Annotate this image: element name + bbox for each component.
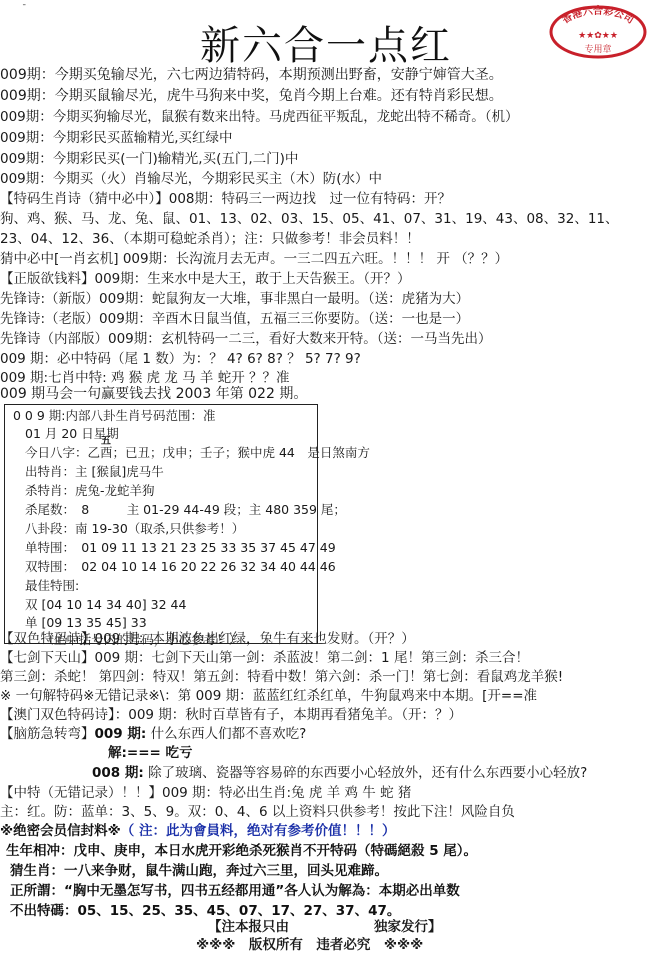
- svg-text:香港六合彩公司: 香港六合彩公司: [560, 4, 637, 26]
- page-title: 新六合一点红: [200, 14, 452, 71]
- member-line: 猜生肖：一八来争财，鼠牛满山跑，奔过六三里，回头见难蹄。: [10, 862, 388, 881]
- riddle-question: 什么东西人们都不喜欢吃?: [151, 726, 307, 742]
- text-line: 009期：今期买鼠输尽光，虎牛马狗来中奖，兔肖今期上台难。还有特肖彩民想。: [0, 87, 503, 106]
- box-line: 双特围： 02 04 10 14 16 20 22 26 32 34 40 44…: [25, 558, 336, 577]
- text-line: 【澳门双色特码诗】：009 期：秋时百草皆有子，本期再看猪兔羊。（开：？）: [0, 706, 462, 725]
- member-line: 正所謂：“胸中无墨怎写书，四书五经都用通”各人认为解為：本期必出单数: [10, 882, 460, 901]
- corner-mark: ˉ: [22, 4, 27, 14]
- box-line: 双 [04 10 14 34 40] 32 44: [25, 596, 186, 615]
- text-line: 009 期马会一句赢要钱去找 2003 年第 022 期。: [0, 385, 307, 404]
- text-line: 009期：今期买兔输尽光，六七两边猜特码，本期预测出野畜，安静宁婶管大圣。: [0, 66, 503, 85]
- text-line: 主：红。防：蓝单：3、5、9。双：0、4、6 以上资料只供参考！按此下注！风险自…: [0, 803, 515, 822]
- text-line: 【双色特码诗】009 期：本期波色出红绿，兔牛有来也发财。（开？）: [0, 630, 415, 649]
- box-line: 0 0 9 期:内部八卦生肖号码范围：准: [13, 407, 216, 426]
- answer-label: 解:===: [108, 745, 161, 761]
- next-issue: 008 期:: [92, 765, 144, 781]
- company-stamp: 香港六合彩公司 ★★✿★★ 专用章: [548, 4, 648, 60]
- riddle-issue: 009 期:: [95, 726, 147, 742]
- text-line: 第三剑：杀蛇！ 第四剑：特双！第五剑：特看中数！第六剑：杀一门！第七剑：看鼠鸡龙…: [0, 668, 563, 687]
- box-line: 出特肖：主 [猴鼠]虎马牛: [25, 463, 164, 482]
- member-line: 不出特碼：05、15、25、35、45、07、17、27、37、47。: [10, 902, 400, 921]
- text-line: 009 期：必中特码（尾 1 数）为：？ 4? 6? 8? ？ 5? 7? 9?: [0, 350, 361, 369]
- svg-text:★★✿★★: ★★✿★★: [578, 31, 618, 41]
- copyright: ※※※ 版权所有 违者必究 ※※※: [196, 936, 423, 953]
- member-note: （ 注：此为會員料，绝对有参考价值！！！）: [121, 823, 396, 839]
- text-line: 猜中必中[一肖玄机] 009期：长沟流月去无声。一三二四五六旺。！！！ 开 （？…: [0, 250, 508, 269]
- text-line: 【中特（无错记录）！！】009 期：特必出生肖:兔 虎 羊 鸡 牛 蛇 猪: [0, 784, 411, 803]
- notice-right: 独家发行】: [374, 918, 442, 937]
- box-line: 单特围： 01 09 11 13 21 23 25 33 35 37 45 47…: [25, 539, 336, 558]
- text-line: 23、04、12、36、（本期可稳蛇杀肖）；注：只做参考！非会员料！！: [0, 230, 420, 249]
- box-line: 杀特肖：虎兔-龙蛇羊狗: [25, 482, 155, 501]
- member-header: ※绝密会员信封料※（ 注：此为會員料，绝对有参考价值！！！）: [0, 822, 395, 841]
- text-line: 009期：今期买（火）肖输尽光，今期彩民买主（木）防(水）中: [0, 170, 382, 189]
- bagua-box: 0 0 9 期:内部八卦生肖号码范围：准 01 月 20 日星期 五 今日八字：…: [4, 404, 318, 644]
- text-line: 【正版欲钱料】009期：生来水中是大王，敢于上天告猴王。（开？）: [0, 270, 411, 289]
- box-line: 最佳特围:: [25, 577, 79, 596]
- text-line: 【特码生肖诗（猜中必中）】008期：特码三一两边找 过一位有特码：开？: [0, 190, 451, 209]
- text-line: ※ 一句解特码※无错记录※\：第 009 期：蓝蓝红红杀红单，牛狗鼠鸡来中本期。…: [0, 687, 537, 706]
- text-line: 先锋诗:（新版）009期：蛇鼠狗友一大堆，事非黑白一最明。（送：虎猪为大）: [0, 290, 469, 309]
- member-line: 生年相冲：戊申、庚申，本日水虎开彩绝杀死猴肖不开特码（特碼絕殺 5 尾）。: [6, 842, 477, 861]
- riddle-label: 【脑筋急转弯】: [0, 726, 95, 742]
- notice-left: 【注本报只由: [208, 918, 289, 937]
- stamp-seal-icon: 香港六合彩公司 ★★✿★★ 专用章: [548, 4, 648, 60]
- text-line: 先锋诗:（老版）009期：辛酉木日鼠当值，五福三三你要防。（送：一也是一）: [0, 310, 469, 329]
- riddle-next: 008 期: 除了玻璃、瓷器等容易碎的东西要小心轻放外，还有什么东西要小心轻放?: [92, 764, 587, 783]
- text-line: 【七剑下天山】009 期：七剑下天山第一剑：杀蓝波！第二剑：1 尾！第三剑：杀三…: [0, 649, 529, 668]
- next-question: 除了玻璃、瓷器等容易碎的东西要小心轻放外，还有什么东西要小心轻放?: [148, 765, 587, 781]
- riddle-line: 【脑筋急转弯】009 期: 什么东西人们都不喜欢吃?: [0, 725, 306, 744]
- answer-text: 吃亏: [166, 745, 193, 761]
- text-line: 狗、鸡、猴、马、龙、兔、鼠、01、13、02、03、15、05、41、07、31…: [0, 210, 619, 229]
- box-line: 今日八字：乙酉；已丑；戊申；壬子；猴中虎 44 是日煞南方: [25, 444, 370, 463]
- text-line: 009期：今期彩民买蓝输精光,买红绿中: [0, 129, 233, 148]
- box-line: 杀尾数： 8 主 01-29 44-49 段；主 480 359 尾；: [25, 501, 346, 520]
- riddle-answer: 解:=== 吃亏: [108, 744, 193, 763]
- box-line: 八卦段：南 19-30（取杀,只供参考！）: [25, 520, 244, 539]
- text-line: 009期：今期彩民买(一门)输精光,买(五门,二门)中: [0, 150, 298, 169]
- member-label: ※绝密会员信封料※: [0, 823, 121, 839]
- svg-text:专用章: 专用章: [584, 43, 611, 55]
- text-line: 先锋诗（内部版）009期：玄机特码一二三，看好大数来开特。（送：一马当先出）: [0, 330, 492, 349]
- text-line: 009期：今期买狗输尽光，鼠猴有数来出特。马虎西征平叛乱，龙蛇出特不稀奇。（机）: [0, 108, 519, 127]
